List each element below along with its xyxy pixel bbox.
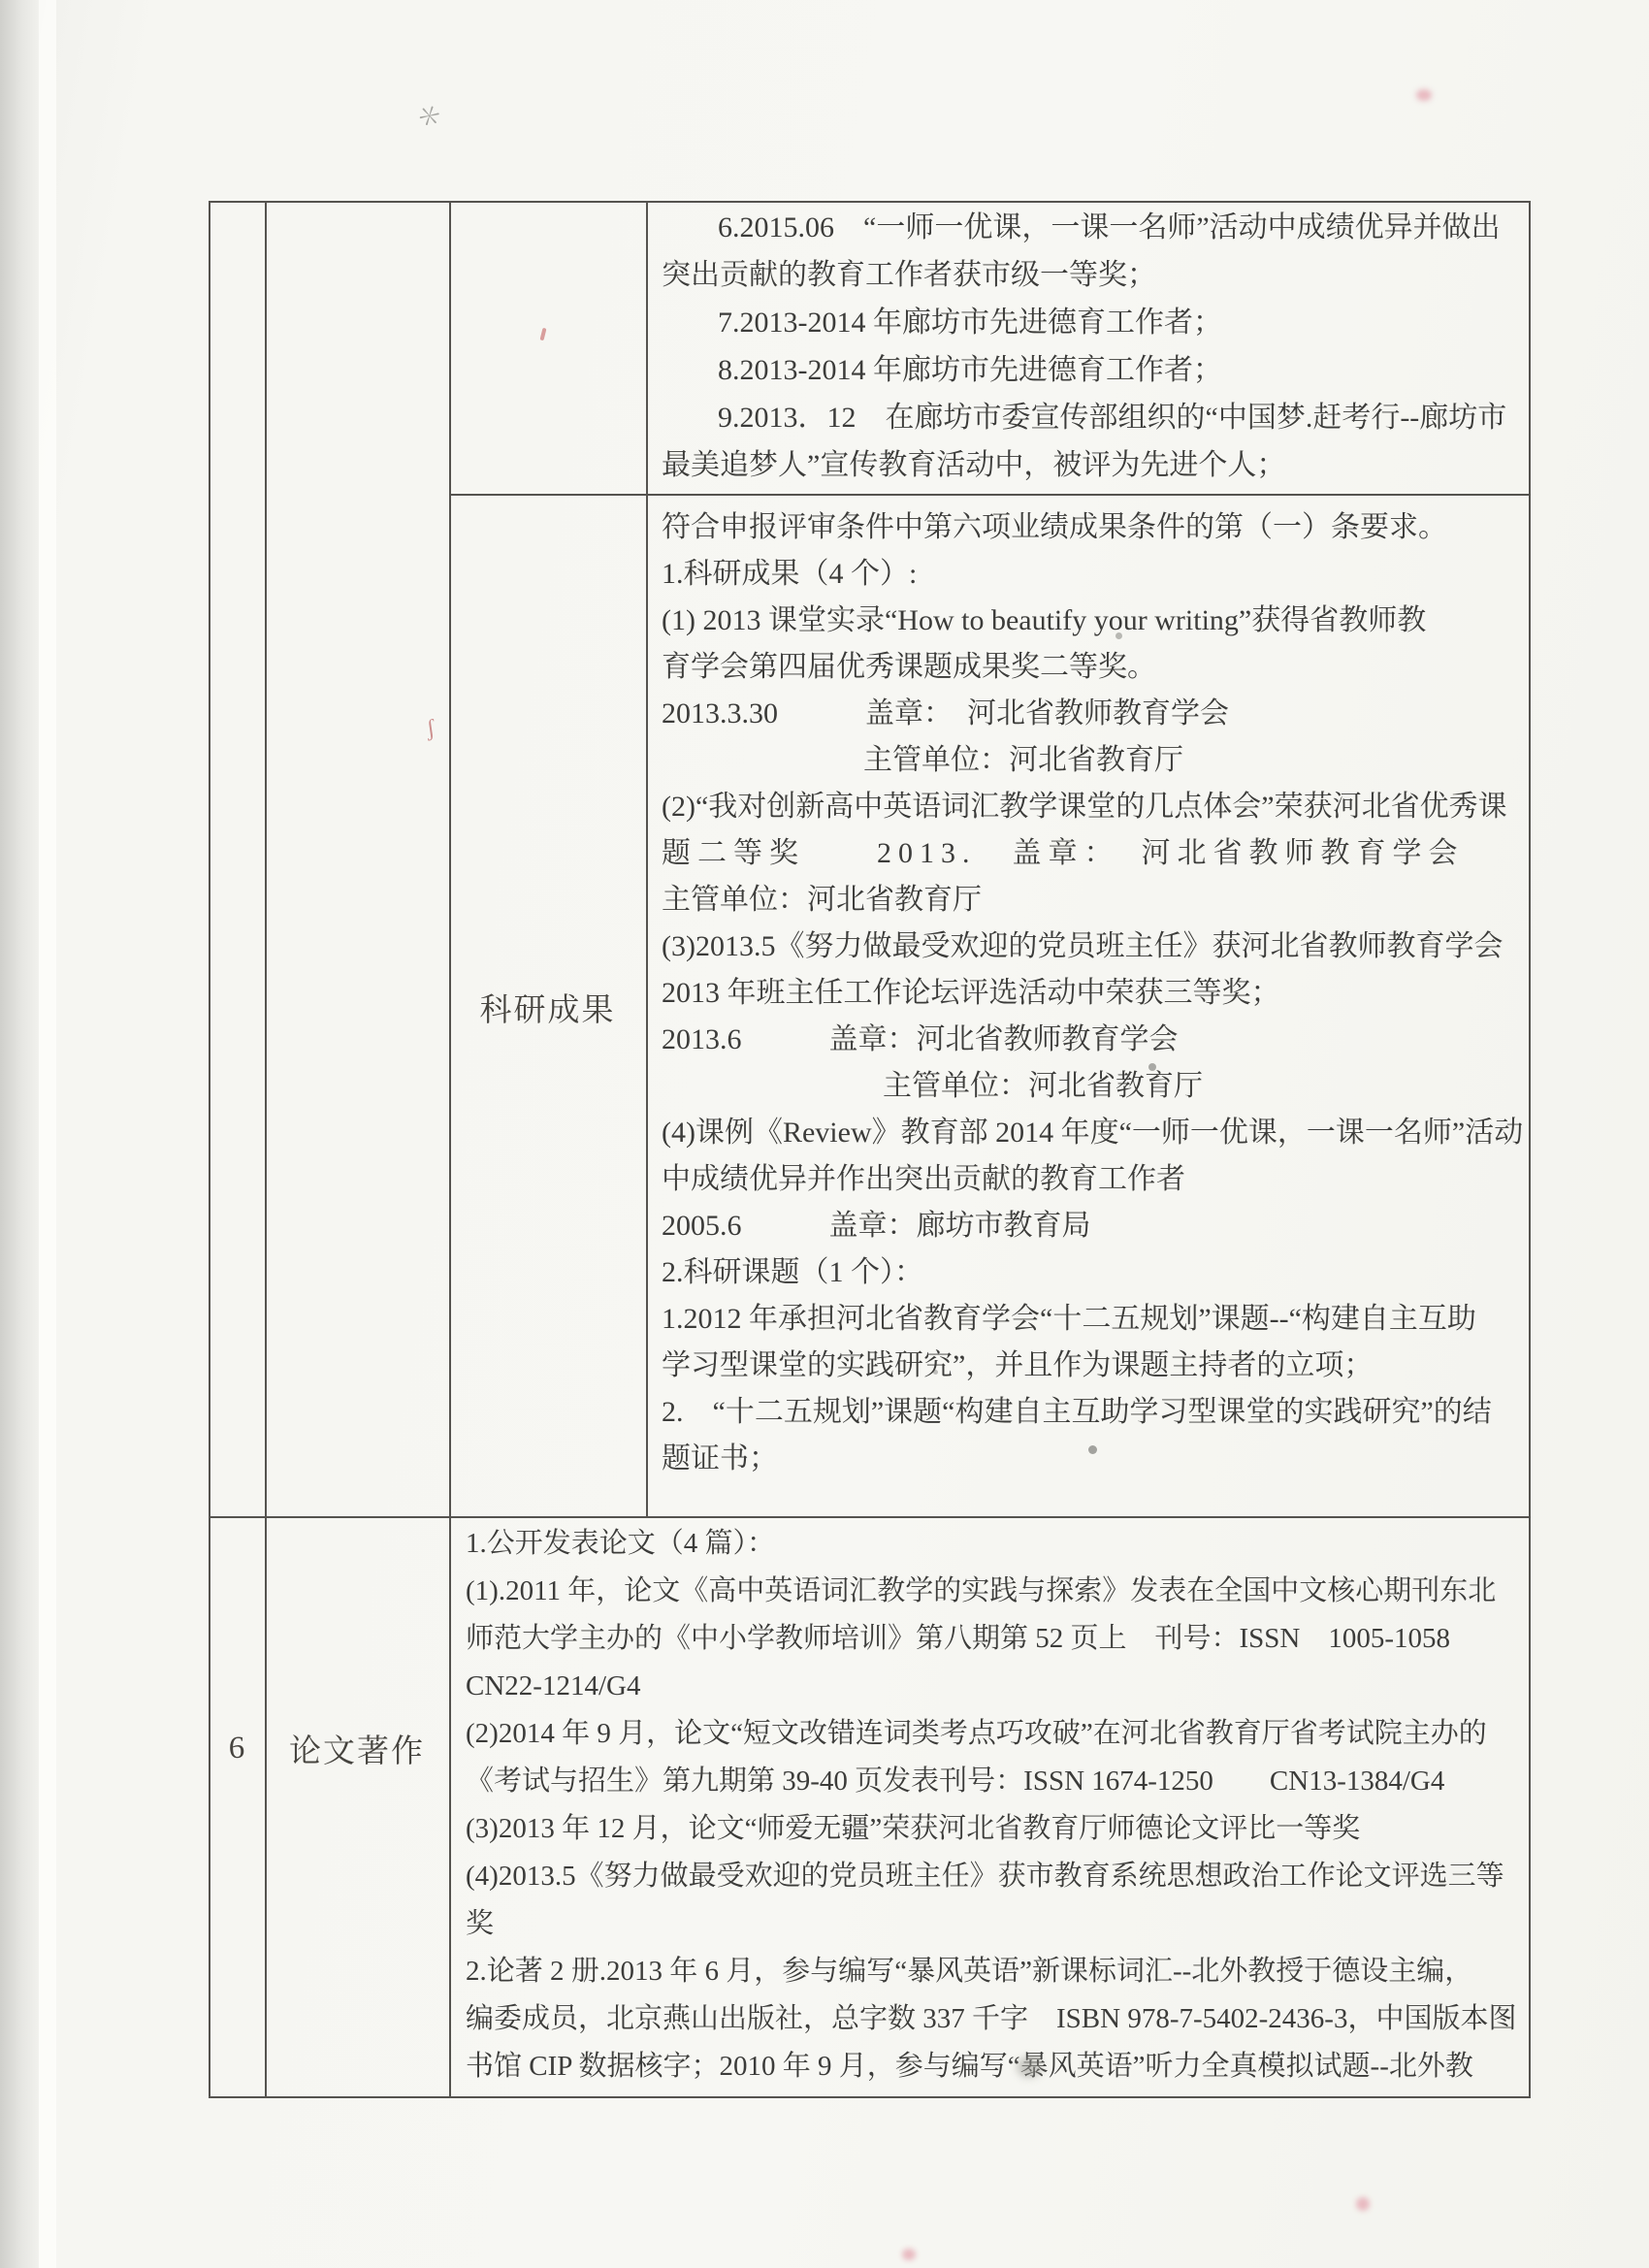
scan-edge-highlight: [39, 0, 56, 2268]
text-line: (1).2011 年，论文《高中英语词汇教学的实践与探索》发表在全国中文核心期刊…: [466, 1568, 1519, 1615]
text-line: 符合申报评审条件中第六项业绩成果条件的第（一）条要求。: [662, 504, 1519, 551]
pink-smudge: [902, 2249, 916, 2260]
text-line: 1.科研成果（4 个）:: [662, 551, 1519, 598]
text-line: (3)2013.5《努力做最受欢迎的党员班主任》获河北省教师教育学会: [662, 923, 1519, 970]
text-line: 6.2015.06 “一师一优课，一课一名师”活动中成绩优异并做出: [662, 204, 1519, 251]
text-line: 2.科研课题（1 个）：: [662, 1249, 1519, 1296]
text-line: 题二等奖 2013. 盖章： 河北省教师教育学会: [662, 830, 1519, 877]
text-line: 1.2012 年承担河北省教育学会“十二五规划”课题--“构建自主互助: [662, 1296, 1519, 1343]
table-row-divider-1: [449, 494, 1531, 496]
scan-left-edge: [0, 0, 39, 2268]
text-line: CN22-1214/G4: [466, 1663, 1519, 1710]
table-row-divider-2: [209, 1516, 1531, 1518]
text-line: (4)课例《Review》教育部 2014 年度“一师一优课，一课一名师”活动: [662, 1110, 1519, 1156]
text-line: 《考试与招生》第九期第 39-40 页发表刊号：ISSN 1674-1250 C…: [466, 1758, 1519, 1805]
text-line: 突出贡献的教育工作者获市级一等奖；: [662, 251, 1519, 299]
text-line: 2.论著 2 册.2013 年 6 月，参与编写“暴风英语”新课标词汇--北外教…: [466, 1948, 1519, 1995]
text-line: 2013.3.30 盖章： 河北省教师教育学会: [662, 691, 1519, 737]
text-line: 主管单位：河北省教育厅: [662, 877, 1519, 923]
text-line: 学习型课堂的实践研究”，并且作为课题主持者的立项；: [662, 1343, 1519, 1389]
awards-continuation-cell: 6.2015.06 “一师一优课，一课一名师”活动中成绩优异并做出突出贡献的教育…: [662, 204, 1519, 489]
scan-smudge-mark: ＊: [412, 94, 447, 136]
text-line: (3)2013 年 12 月，论文“师爱无疆”荣获河北省教育厅师德论文评比一等奖: [466, 1805, 1519, 1853]
text-line: (4)2013.5《努力做最受欢迎的党员班主任》获市教育系统思想政治工作论文评选…: [466, 1853, 1519, 1900]
table-border-bottom: [209, 2096, 1531, 2098]
red-ink-curl: ʃ: [425, 716, 436, 743]
table-border-left: [209, 201, 210, 2098]
text-line: 主管单位：河北省教育厅: [662, 737, 1519, 784]
text-line: (2)“我对创新高中英语词汇教学课堂的几点体会”荣获河北省优秀课: [662, 784, 1519, 830]
text-line: (2)2014 年 9 月，论文“短文改错连词类考点巧攻破”在河北省教育厅省考试…: [466, 1710, 1519, 1758]
text-line: 奖: [466, 1900, 1519, 1948]
table-border-top: [209, 201, 1531, 203]
pink-smudge: [1416, 89, 1432, 101]
scanned-page: { "document": { "kind": "scanned personn…: [0, 0, 1649, 2268]
research-content-cell: 符合申报评审条件中第六项业绩成果条件的第（一）条要求。1.科研成果（4 个）:(…: [662, 504, 1519, 1482]
text-line: 9.2013．12 在廊坊市委宣传部组织的“中国梦.赶考行--廊坊市: [662, 394, 1519, 441]
pink-smudge: [1356, 2197, 1370, 2211]
text-line: 编委成员，北京燕山出版社，总字数 337 千字 ISBN 978-7-5402-…: [466, 1995, 1519, 2043]
text-line: 2013.6 盖章：河北省教师教育学会: [662, 1017, 1519, 1063]
text-line: 最美追梦人”宣传教育活动中，被评为先进个人；: [662, 441, 1519, 489]
table-column-line-2: [449, 201, 451, 2098]
table-border-right: [1529, 201, 1531, 2098]
text-line: (1) 2013 课堂实录“How to beautify your writi…: [662, 598, 1519, 644]
text-line: 2005.6 盖章：廊坊市教育局: [662, 1203, 1519, 1249]
papers-content-cell: 1.公开发表论文（4 篇）：(1).2011 年，论文《高中英语词汇教学的实践与…: [466, 1520, 1519, 2090]
red-ink-speck: [539, 328, 546, 341]
text-line: 书馆 CIP 数据核字；2010 年 9 月，参与编写“暴风英语”听力全真模拟试…: [466, 2043, 1519, 2090]
research-row-label: 科研成果: [449, 982, 646, 1032]
table-column-line-1: [265, 201, 267, 2098]
table-column-line-3: [646, 201, 648, 1518]
text-line: 育学会第四届优秀课题成果奖二等奖。: [662, 644, 1519, 691]
text-line: 7.2013-2014 年廊坊市先进德育工作者；: [662, 299, 1519, 346]
row-number: 6: [209, 1723, 265, 1773]
text-line: 师范大学主办的《中小学教师培训》第八期第 52 页上 刊号：ISSN 1005-…: [466, 1615, 1519, 1663]
text-line: 主管单位：河北省教育厅: [662, 1063, 1519, 1110]
text-line: 8.2013-2014 年廊坊市先进德育工作者；: [662, 346, 1519, 394]
text-line: 1.公开发表论文（4 篇）：: [466, 1520, 1519, 1568]
text-line: 题证书；: [662, 1436, 1519, 1482]
papers-row-label: 论文著作: [265, 1723, 449, 1773]
text-line: 中成绩优异并作出突出贡献的教育工作者: [662, 1156, 1519, 1203]
text-line: 2. “十二五规划”课题“构建自主互助学习型课堂的实践研究”的结: [662, 1389, 1519, 1436]
text-line: 2013 年班主任工作论坛评选活动中荣获三等奖；: [662, 970, 1519, 1017]
